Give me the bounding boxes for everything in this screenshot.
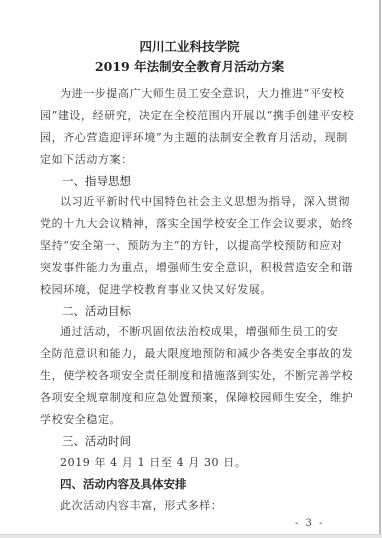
paragraph-line: 为进一步提高广大师生员工安全意识，大力推进“平安校 (60, 87, 345, 101)
page-number: - 3 - (295, 518, 324, 529)
paragraph-line: 定如下活动方案： (40, 153, 133, 167)
horizontal-scrollbar[interactable] (0, 534, 382, 538)
paragraph-line: 此次活动内容丰富，形式多样： (60, 499, 222, 513)
paragraph-line: 2019 年 4 月 1 日至 4 月 30 日。 (60, 456, 246, 470)
paragraph-line: 校园环境，促进学校教育事业又快又好发展。 (40, 283, 272, 297)
paragraph-line: 学校安全稳定。 (40, 413, 121, 427)
paragraph-line: 生，使学校各项安全责任制度和措施落到实处，不断完善学校 (40, 369, 353, 383)
paragraph-line: 园”建设，经研究，决定在全校范围内开展以“携手创建平安校 (40, 109, 354, 123)
paragraph-line: 通过活动，不断巩固依法治校成果，增强师生员工的安 (60, 325, 338, 339)
section-heading-activity-content: 四、活动内容及具体安排 (60, 477, 187, 491)
paragraph-line: 全防范意识和能力，最大限度地预防和减少各类安全事故的发 (40, 347, 353, 361)
paragraph-line: 党的十九大会议精神，落实全国学校安全工作会议要求，始终 (40, 217, 353, 231)
scrollbar-edge[interactable] (379, 0, 381, 538)
document-title-line1: 四川工业科技学院 (0, 37, 379, 55)
document-title-line2: 2019 年法制安全教育月活动方案 (0, 57, 379, 75)
section-heading-activity-goals: 二、活动目标 (62, 304, 131, 318)
section-heading-guiding-ideology: 一、指导思想 (62, 174, 131, 188)
document-page: 四川工业科技学院 2019 年法制安全教育月活动方案 为进一步提高广大师生员工安… (0, 0, 379, 534)
paragraph-line: 以习近平新时代中国特色社会主义思想为指导，深入贯彻 (60, 195, 350, 209)
section-heading-activity-time: 三、活动时间 (62, 434, 131, 448)
paragraph-line: 坚持“安全第一、预防为主”的方针，以提高学校预防和应对 (40, 239, 342, 253)
paragraph-line: 突发事件能力为重点，增强师生安全意识，积极营造安全和谐 (40, 261, 353, 275)
paragraph-line: 各项安全规章制度和应急处置预案，保障校园师生安全，维护 (40, 391, 353, 405)
paragraph-line: 园，齐心营造迎评环境”为主题的法制安全教育月活动，现制 (40, 131, 348, 145)
